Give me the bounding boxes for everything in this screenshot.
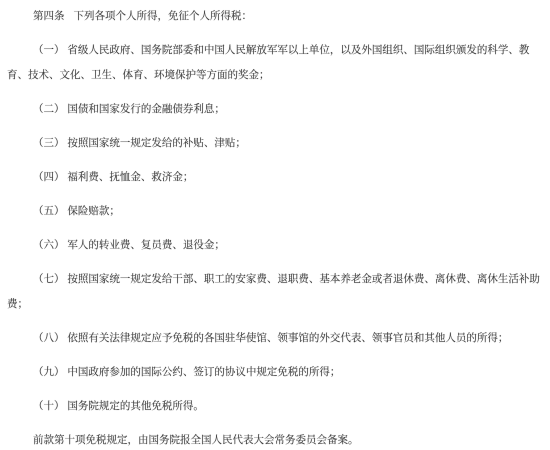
clause-item-8: （八） 依照有关法律规定应予免税的各国驻华使馆、领事馆的外交代表、领事官员和其他…: [7, 326, 545, 351]
clause-text: 依照有关法律规定应予免税的各国驻华使馆、领事馆的外交代表、领事官员和其他人员的所…: [67, 332, 508, 344]
clause-item-6: （六） 军人的转业费、复员费、退役金；: [7, 233, 545, 258]
clause-text: 保险赔款；: [67, 205, 120, 217]
clause-number: （九）: [33, 366, 65, 378]
clause-item-7: （七） 按照国家统一规定发给干部、职工的安家费、退职费、基本养老金或者退休费、离…: [7, 267, 545, 317]
clause-text: 军人的转业费、复员费、退役金；: [67, 239, 225, 251]
clause-text: 福利费、抚恤金、救济金；: [67, 171, 193, 183]
legal-document-page: 第四条下列各项个人所得，免征个人所得税： （一） 省级人民政府、国务院部委和中国…: [0, 0, 550, 450]
clause-number: （二）: [33, 103, 65, 115]
clause-number: （一）: [33, 44, 65, 56]
clause-number: （三）: [33, 137, 65, 149]
closing-text: 前款第十项免税规定，由国务院报全国人民代表大会常务委员会备案。: [33, 434, 359, 446]
article-heading-line: 第四条下列各项个人所得，免征个人所得税：: [7, 4, 545, 29]
clause-text: 国务院规定的其他免税所得。: [67, 400, 204, 412]
clause-item-10: （十） 国务院规定的其他免税所得。: [7, 394, 545, 419]
article-number: 第四条: [33, 10, 65, 22]
clause-number: （四）: [33, 171, 65, 183]
clause-number: （七）: [33, 273, 65, 285]
clause-item-4: （四） 福利费、抚恤金、救济金；: [7, 165, 545, 190]
clause-number: （六）: [33, 239, 65, 251]
article-intro: 下列各项个人所得，免征个人所得税：: [74, 10, 253, 22]
clause-text: 国债和国家发行的金融债券利息；: [67, 103, 225, 115]
clause-item-5: （五） 保险赔款；: [7, 199, 545, 224]
clause-text: 省级人民政府、国务院部委和中国人民解放军军以上单位，以及外国组织、国际组织颁发的…: [7, 44, 529, 81]
clause-item-9: （九） 中国政府参加的国际公约、签订的协议中规定免税的所得；: [7, 360, 545, 385]
closing-provision: 前款第十项免税规定，由国务院报全国人民代表大会常务委员会备案。: [7, 428, 545, 450]
clause-number: （五）: [33, 205, 65, 217]
clause-text: 中国政府参加的国际公约、签订的协议中规定免税的所得；: [67, 366, 340, 378]
clause-text: 按照国家统一规定发给的补贴、津贴；: [67, 137, 246, 149]
clause-number: （八）: [33, 332, 65, 344]
clause-item-1: （一） 省级人民政府、国务院部委和中国人民解放军军以上单位，以及外国组织、国际组…: [7, 38, 545, 88]
clause-item-3: （三） 按照国家统一规定发给的补贴、津贴；: [7, 131, 545, 156]
clause-text: 按照国家统一规定发给干部、职工的安家费、退职费、基本养老金或者退休费、离休费、离…: [7, 273, 540, 310]
clause-number: （十）: [33, 400, 65, 412]
clause-item-2: （二） 国债和国家发行的金融债券利息；: [7, 97, 545, 122]
